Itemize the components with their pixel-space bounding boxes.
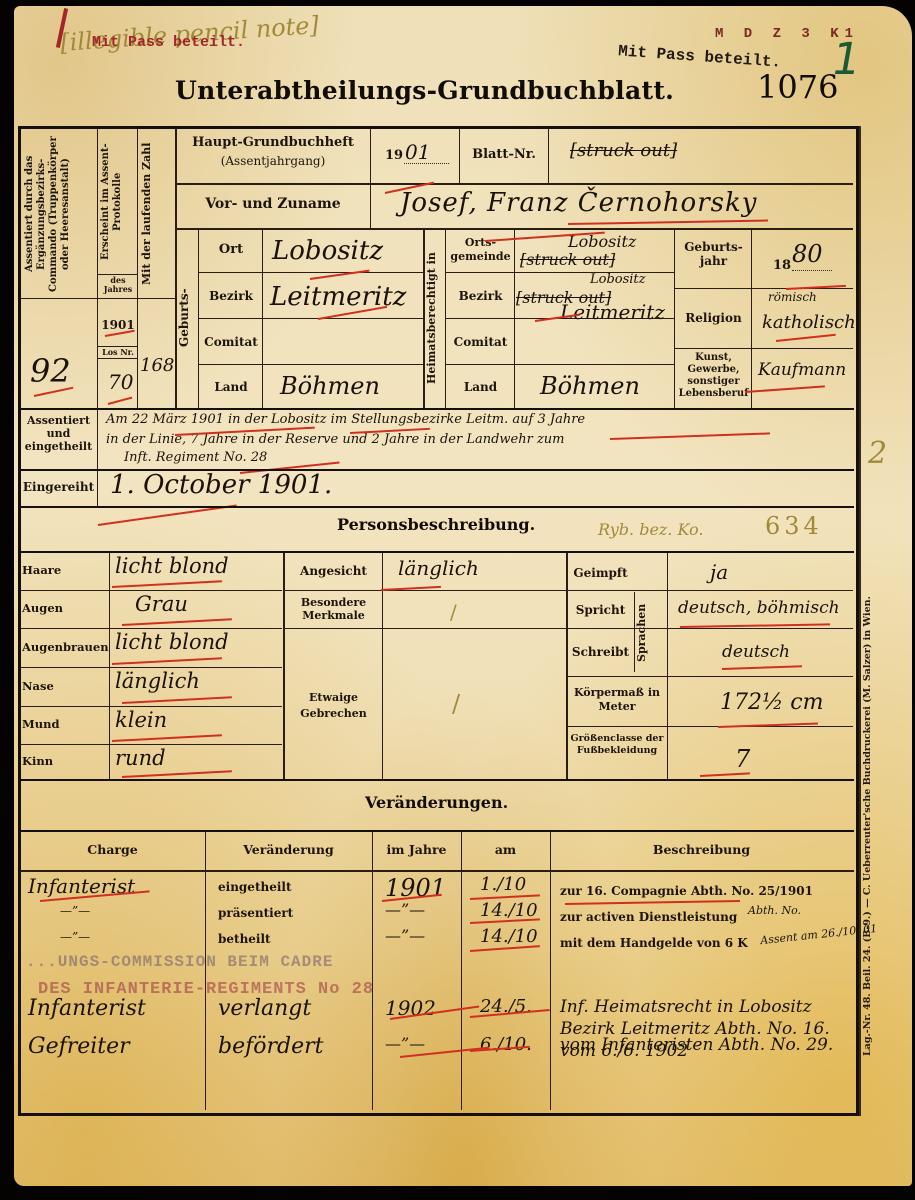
sheet-number: 1076 xyxy=(757,68,838,106)
label-nase: Nase xyxy=(22,679,54,693)
fussbekleidung-value: 7 xyxy=(735,745,750,773)
value-augenbrauen: licht blond xyxy=(115,630,229,654)
cell-veraenderung: verlangt xyxy=(218,996,311,1021)
label-heimatsberechtigt: Heimatsberechtigt in xyxy=(426,232,444,404)
label-fussbekleidung: Größenclasse der Fußbekleidung xyxy=(567,733,667,757)
religion-value-2: katholisch xyxy=(762,312,856,333)
header-assentiert-durch: Assentiert durch das Ergänzungsbezirks-C… xyxy=(24,132,96,296)
merkmale-value: / xyxy=(450,600,457,624)
value-kinn: rund xyxy=(115,746,166,770)
blatt-nr-value-struck: [struck out] xyxy=(570,140,677,161)
cell-veraenderung: präsentiert xyxy=(218,906,293,920)
religion-value-1: römisch xyxy=(768,290,817,304)
header-laufende-zahl: Mit der laufenden Zahl xyxy=(141,132,173,296)
cell-jahr: —”— xyxy=(385,900,425,919)
geburtsjahr-value: 80 xyxy=(792,240,823,268)
lebensberuf-value: Kaufmann xyxy=(758,360,846,380)
label-religion: Religion xyxy=(676,311,751,325)
column-header-1: Veränderung xyxy=(205,843,372,857)
label-heimat-comitat: Comitat xyxy=(447,335,514,349)
stamp-commission-line-1: ...UNGS-COMMISSION BEIM CADRE xyxy=(26,953,333,971)
label-des-jahres: des Jahres xyxy=(99,276,137,294)
label-spricht: Spricht xyxy=(567,603,634,617)
geimpft-value: ja xyxy=(710,560,728,584)
value-los-nr: 70 xyxy=(108,370,133,394)
name-value: Josef, Franz Černohorsky xyxy=(400,188,757,218)
value-augen: Grau xyxy=(135,592,188,616)
value-mund: klein xyxy=(115,708,167,732)
cell-am: 14./10 xyxy=(480,900,538,921)
column-header-2: im Jahre xyxy=(372,843,461,857)
label-assentiert: Assentiert und eingetheilt xyxy=(20,414,97,453)
label-angesicht: Angesicht xyxy=(285,564,382,578)
stamp-commission-line-2: DES INFANTERIE-REGIMENTS No 28 xyxy=(38,980,374,999)
label-etwaige-gebrechen: Etwaige Gebrechen xyxy=(285,690,382,722)
cell-am: 6./10. xyxy=(480,1034,532,1055)
haupt-value: 01 xyxy=(405,140,430,164)
stamp-mit-pass-red: Mit Pass beteilt. xyxy=(92,34,245,51)
page-title: Unterabtheilungs-Grundbuchblatt. xyxy=(175,76,674,105)
label-heimat-bezirk: Bezirk xyxy=(447,289,514,303)
cell-charge: Gefreiter xyxy=(28,1034,130,1059)
cell-beschreibung: vom Infanteristen Abth. No. 29. xyxy=(560,1034,845,1056)
label-geimpft: Geimpft xyxy=(567,566,634,580)
cell-veraenderung: betheilt xyxy=(218,932,271,946)
label-kinn: Kinn xyxy=(22,754,53,768)
value-haare: licht blond xyxy=(115,554,229,578)
label-heimat-land: Land xyxy=(447,380,514,394)
label-geburts-bezirk: Bezirk xyxy=(200,289,262,303)
value-laufende-zahl: 168 xyxy=(140,355,174,376)
heimat-bezirk-value: Leitmeritz xyxy=(560,300,665,324)
label-geburtsjahr: Geburts-jahr xyxy=(676,240,751,268)
cell-jahr: —”— xyxy=(385,1034,425,1053)
label-lebensberuf: Kunst, Gewerbe, sonstiger Lebensberuf xyxy=(676,352,751,400)
assentiert-line-3: Inft. Regiment No. 28 xyxy=(124,450,267,465)
margin-pencil-number: 2 xyxy=(868,436,887,471)
label-augen: Augen xyxy=(22,601,63,615)
heimat-gemeinde-struck: [struck out] xyxy=(520,250,615,269)
angesicht-value: länglich xyxy=(398,556,479,580)
label-los-nr: Los Nr. xyxy=(99,348,137,357)
header-erscheint-im: Erscheint im Assent-Protokolle xyxy=(100,132,136,272)
label-geburts-land: Land xyxy=(200,380,262,394)
printer-imprint: Lag.-Nr. 48. Beil. 24. (B-9.) — C. Ueber… xyxy=(862,556,876,1056)
heimat-bezirk-above: Lobositz xyxy=(590,272,646,287)
geburts-ort-value: Lobositz xyxy=(272,236,383,266)
schreibt-value: deutsch xyxy=(722,642,790,662)
gebrechen-value: / xyxy=(452,690,460,718)
label-geburts-comitat: Comitat xyxy=(200,335,262,349)
column-header-4: Beschreibung xyxy=(550,843,853,857)
heimat-land-value: Böhmen xyxy=(540,372,640,400)
geburtsjahr-prefix: 18 xyxy=(773,258,791,273)
pencil-number-634: 634 xyxy=(765,512,823,540)
value-nase: länglich xyxy=(115,669,200,693)
column-header-0: Charge xyxy=(20,843,205,857)
label-besondere-merkmale: Besondere Merkmale xyxy=(285,596,382,622)
assentiert-line-1: Am 22 März 1901 in der Lobositz im Stell… xyxy=(106,412,585,427)
label-schreibt: Schreibt xyxy=(567,645,634,659)
label-geburts-ort: Ort xyxy=(200,243,262,257)
cell-charge: Infanterist xyxy=(28,996,146,1021)
cell-am: 14./10 xyxy=(480,926,538,947)
cell-jahr: —”— xyxy=(385,926,425,945)
label-eingereiht: Eingereiht xyxy=(20,480,97,494)
label-haare: Haare xyxy=(22,563,61,577)
cell-veraenderung: befördert xyxy=(218,1034,323,1059)
margin-note-abth: Abth. No. xyxy=(748,904,801,917)
label-koerpermass: Körpermaß in Meter xyxy=(567,686,667,714)
label-sprachen: Sprachen xyxy=(636,594,666,672)
label-assentjahrgang: (Assentjahrgang) xyxy=(178,154,368,168)
cell-am: 1./10 xyxy=(480,874,526,895)
label-vor-und-zuname: Vor- und Zuname xyxy=(178,197,368,211)
column-header-3: am xyxy=(461,843,550,857)
label-haupt-grundbuchheft: Haupt-Grundbuchheft xyxy=(178,136,368,150)
section-title-veraenderungen: Veränderungen. xyxy=(365,793,508,812)
label-blatt-nr: Blatt-Nr. xyxy=(460,148,548,162)
cell-veraenderung: eingetheilt xyxy=(218,880,292,894)
label-augenbrauen: Augenbrauen xyxy=(22,640,109,654)
haupt-prefix: 19 xyxy=(385,148,403,163)
geburts-land-value: Böhmen xyxy=(280,372,380,400)
cell-beschreibung: zur activen Dienstleistung xyxy=(560,906,845,928)
label-mund: Mund xyxy=(22,717,60,731)
pencil-note-personsbeschreibung: Ryb. bez. Ko. xyxy=(598,520,704,539)
eingereiht-value: 1. October 1901. xyxy=(110,470,332,500)
cell-beschreibung: zur 16. Compagnie Abth. No. 25/1901 xyxy=(560,880,845,902)
label-geburts: Geburts- xyxy=(178,232,196,404)
koerpermass-value: 172½ cm xyxy=(720,690,824,715)
section-title-personsbeschreibung: Personsbeschreibung. xyxy=(337,515,535,534)
value-assentiert-durch: 92 xyxy=(30,352,71,390)
spricht-value: deutsch, böhmisch xyxy=(678,598,840,618)
cell-charge: —”— xyxy=(60,930,90,944)
cell-charge: —”— xyxy=(60,904,90,918)
